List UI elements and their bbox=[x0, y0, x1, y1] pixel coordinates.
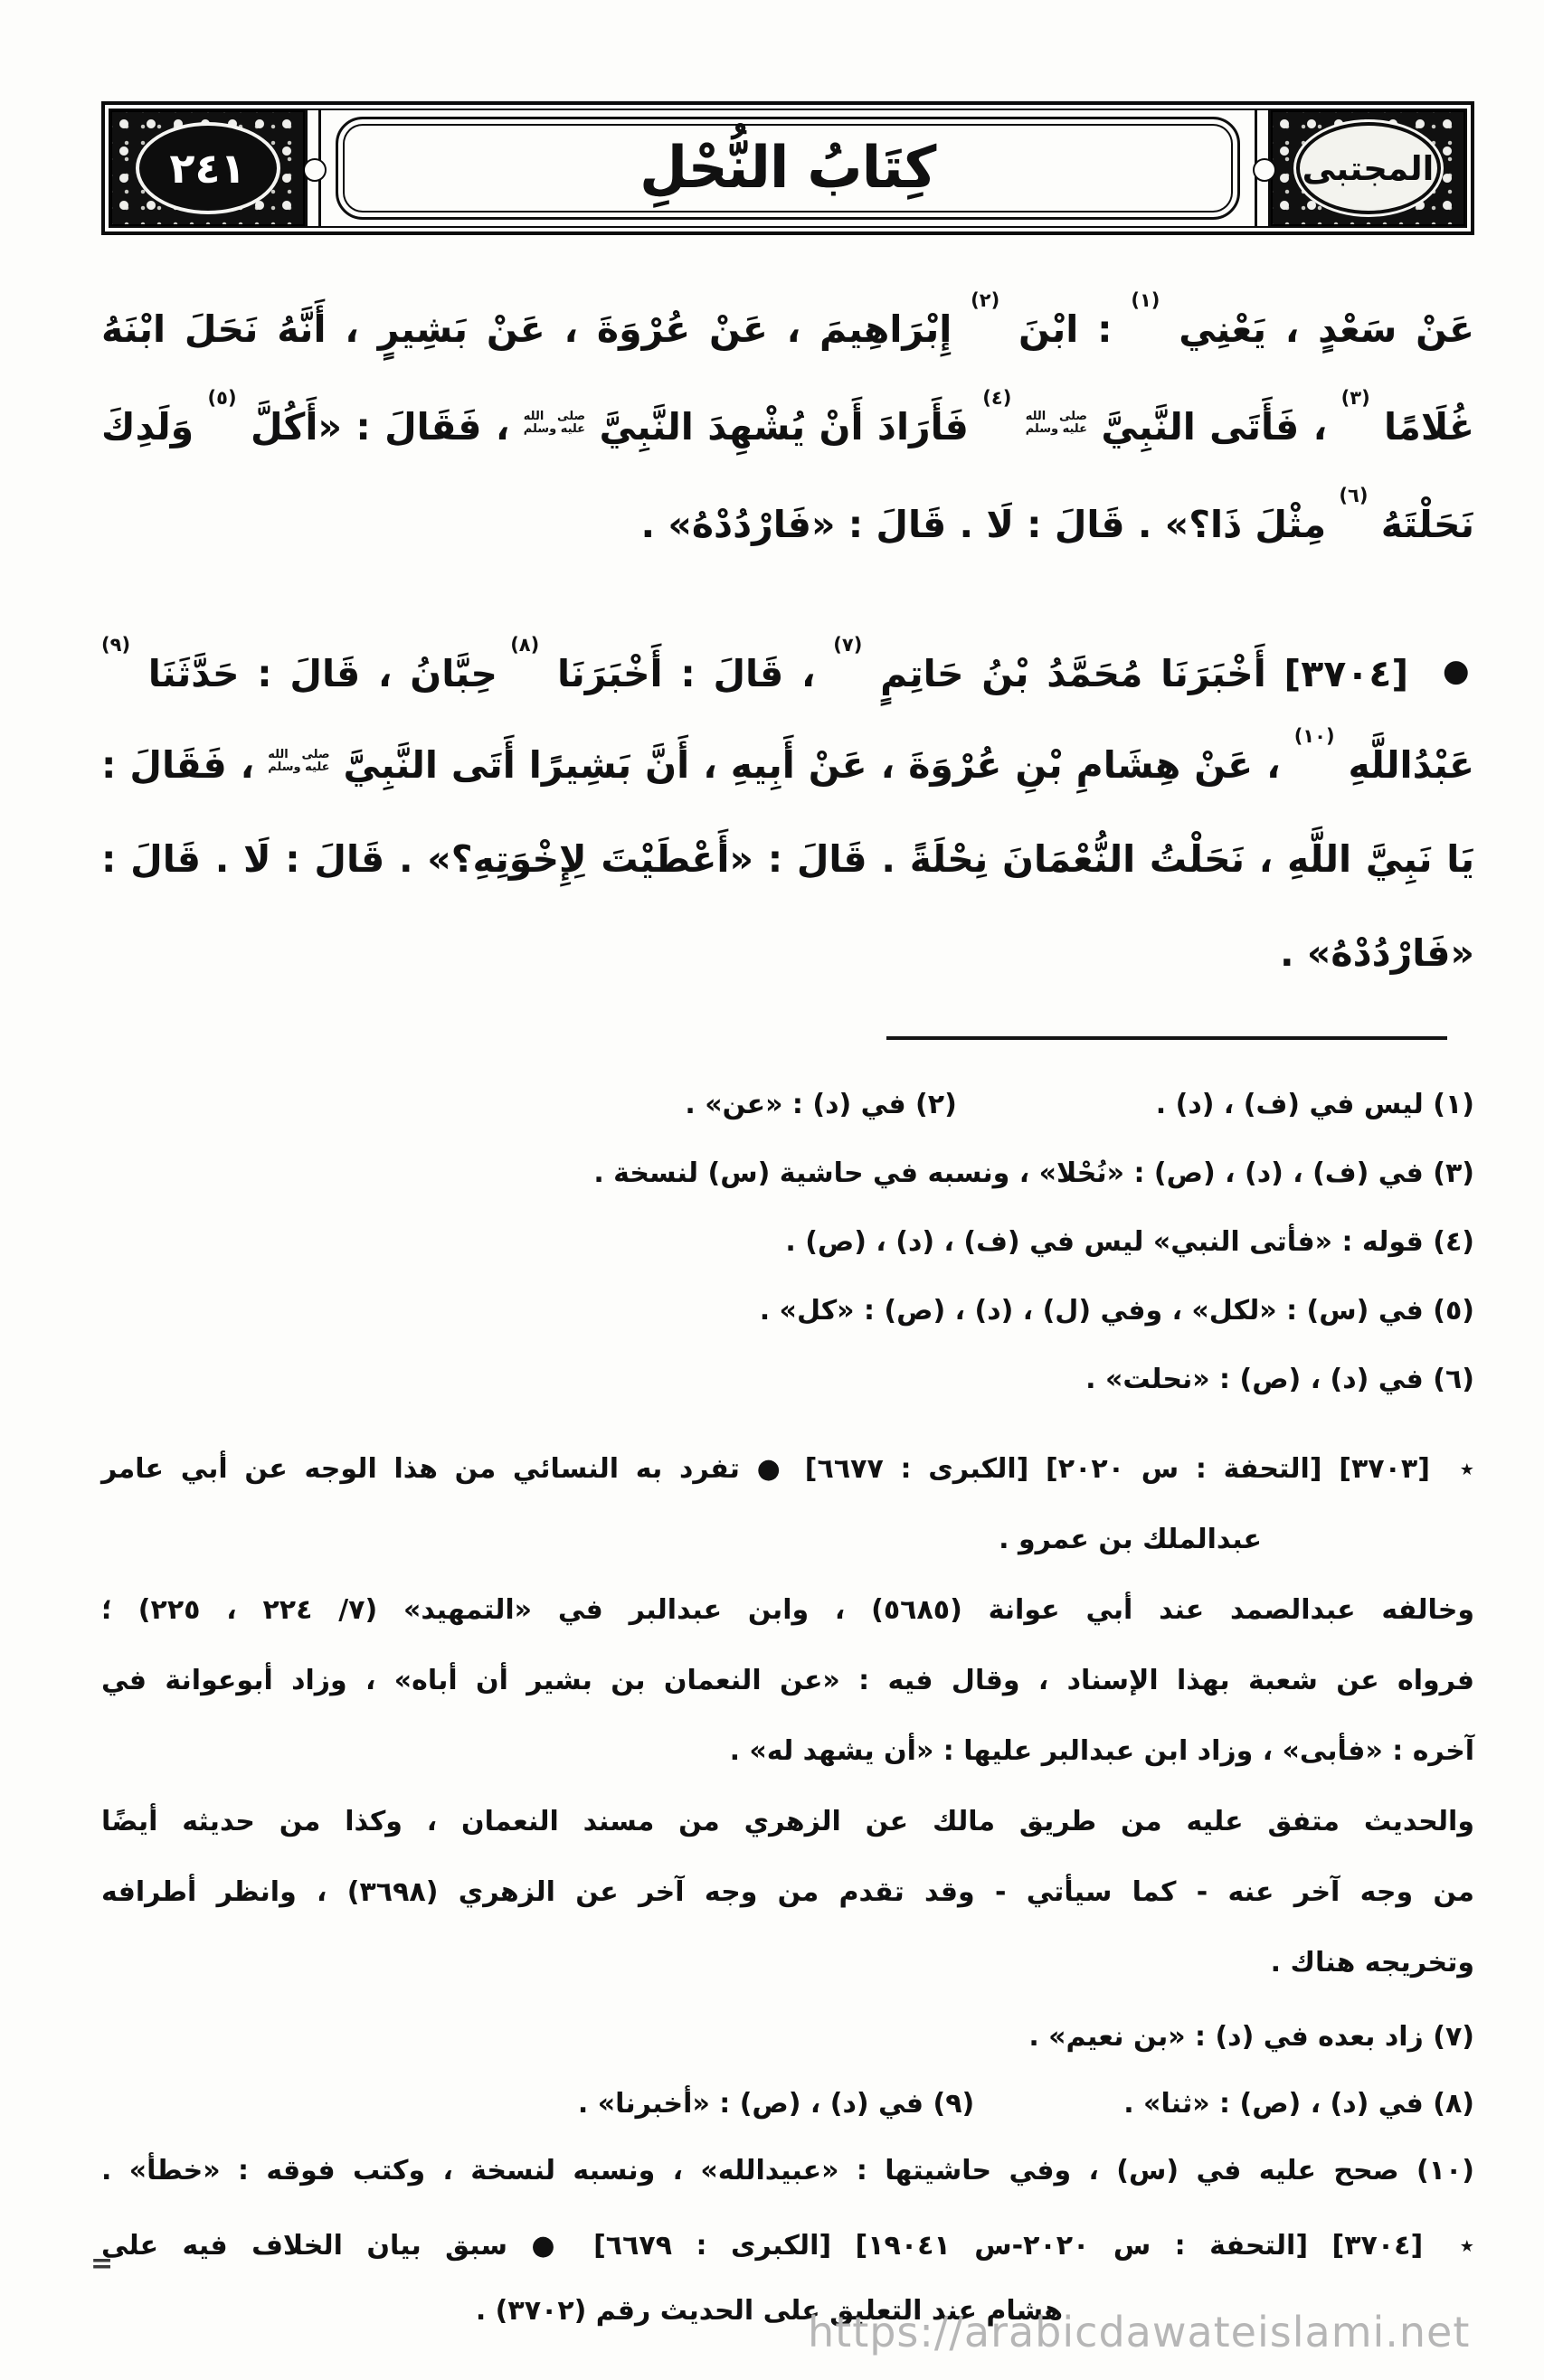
page-number: ٢٤١ bbox=[169, 144, 245, 193]
hadith-line: عَنْ سَعْدٍ ، يَعْنِي (١) : ابْنَ (٢) إِ… bbox=[101, 280, 1474, 378]
footnote-2: (٢) في (د) : «عن» . bbox=[685, 1071, 956, 1139]
takhrij-line-text: [٣٧٠٣] [التحفة : س ٢٠٢٠] [الكبرى : ٦٦٧٧]… bbox=[101, 1453, 1430, 1485]
page-title: كِتَابُ النُّحْلِ bbox=[639, 135, 935, 202]
hadith-line: نَحَلْتَهُ (٦) مِثْلَ ذَا؟» . قَالَ : لَ… bbox=[101, 476, 1474, 573]
footnote-9: (٩) في (د) ، (ص) : «أخبرنا» . bbox=[578, 2071, 974, 2138]
takhrij-line: ٭ [٣٧٠٤] [التحفة : س ٢٠٢٠-س ١٩٠٤١] [الكب… bbox=[101, 2214, 1474, 2279]
footnote-separator-rule bbox=[886, 1036, 1447, 1040]
hadith-body: عَنْ سَعْدٍ ، يَعْنِي (١) : ابْنَ (٢) إِ… bbox=[101, 280, 1474, 1000]
takhrij-line-text: [٣٧٠٤] [التحفة : س ٢٠٢٠-س ١٩٠٤١] [الكبرى… bbox=[101, 2230, 1423, 2262]
hadith-paragraph-continuation: عَنْ سَعْدٍ ، يَعْنِي (١) : ابْنَ (٢) إِ… bbox=[101, 280, 1474, 573]
hadith-line-text: أَخْبَرَنَا مُحَمَّدُ بْنُ حَاتِمٍ (٧) ،… bbox=[101, 652, 1266, 695]
title-cartouche: كِتَابُ النُّحْلِ bbox=[321, 110, 1255, 226]
hadith-number: [٣٧٠٤] bbox=[1284, 652, 1409, 695]
footnote-3: (٣) في (ف) ، (د) ، (ص) : «نُحْلا» ، ونسب… bbox=[101, 1139, 1474, 1208]
takhrij-line: عبدالملك بن عمرو . bbox=[101, 1505, 1474, 1575]
hadith-line: يَا نَبِيَّ اللَّهِ ، نَحَلْتُ النُّعْمَ… bbox=[101, 812, 1474, 906]
takhrij-line: آخره : «فأبى» ، وزاد ابن عبدالبر عليها :… bbox=[101, 1716, 1474, 1787]
footnote-6: (٦) في (د) ، (ص) : «نحلت» . bbox=[101, 1346, 1474, 1414]
continuation-mark: = bbox=[90, 2248, 113, 2280]
page-number-medallion: ٢٤١ bbox=[136, 122, 280, 214]
header-ornament-left: ٢٤١ bbox=[110, 110, 305, 226]
header-ornament-right: المجتبى bbox=[1271, 110, 1465, 226]
hadith-paragraph-3704: ● [٣٧٠٤] أَخْبَرَنَا مُحَمَّدُ بْنُ حَات… bbox=[101, 624, 1474, 1000]
footnote-row: (١) ليس في (ف) ، (د) . (٢) في (د) : «عن»… bbox=[101, 1071, 1474, 1139]
site-watermark: https://arabicdawateislami.net bbox=[808, 2308, 1470, 2356]
saw-ligature-icon: صلى اللهعليه وسلم bbox=[268, 749, 329, 775]
footnotes-top: (١) ليس في (ف) ، (د) . (٢) في (د) : «عن»… bbox=[101, 1071, 1474, 1414]
takhrij-3703: ٭ [٣٧٠٣] [التحفة : س ٢٠٢٠] [الكبرى : ٦٦٧… bbox=[101, 1434, 1474, 1998]
header-banner-frame: المجتبى كِتَابُ النُّحْلِ ٢٤١ bbox=[109, 109, 1467, 228]
takhrij-line: فرواه عن شعبة بهذا الإسناد ، وقال فيه : … bbox=[101, 1646, 1474, 1716]
asterisk-star-icon: ٭ bbox=[1460, 2230, 1474, 2262]
saw-ligature-icon: صلى اللهعليه وسلم bbox=[1026, 411, 1087, 437]
footnote-10: (١٠) صحح عليه في (س) ، وفي حاشيتها : «عب… bbox=[101, 2138, 1474, 2205]
footnote-7: (٧) زاد بعده في (د) : «بن نعيم» . bbox=[101, 2004, 1474, 2071]
saw-ligature-icon: صلى اللهعليه وسلم bbox=[524, 411, 585, 437]
hadith-line: ● [٣٧٠٤] أَخْبَرَنَا مُحَمَّدُ بْنُ حَات… bbox=[101, 624, 1474, 718]
takhrij-line: ٭ [٣٧٠٣] [التحفة : س ٢٠٢٠] [الكبرى : ٦٦٧… bbox=[101, 1434, 1474, 1505]
header-divider-right bbox=[1255, 110, 1271, 226]
takhrij-line: وخالفه عبدالصمد عند أبي عوانة (٥٦٨٥) ، و… bbox=[101, 1575, 1474, 1646]
asterisk-star-icon: ٭ bbox=[1460, 1453, 1474, 1485]
takhrij-line: وتخريجه هناك . bbox=[101, 1928, 1474, 1998]
title-frame: كِتَابُ النُّحْلِ bbox=[336, 117, 1240, 220]
footnote-1: (١) ليس في (ف) ، (د) . bbox=[1156, 1071, 1474, 1139]
takhrij-line: والحديث متفق عليه من طريق مالك عن الزهري… bbox=[101, 1787, 1474, 1857]
footnotes-bottom: (٧) زاد بعده في (د) : «بن نعيم» . (٨) في… bbox=[101, 2004, 1474, 2205]
footnote-8: (٨) في (د) ، (ص) : «ثنا» . bbox=[1123, 2071, 1474, 2138]
hadith-bullet-icon: ● bbox=[1443, 653, 1474, 689]
footnote-5: (٥) في (س) : «لكل» ، وفي (ل) ، (د) ، (ص)… bbox=[101, 1277, 1474, 1346]
header-divider-left bbox=[305, 110, 321, 226]
hadith-line: غُلَامًا (٣) ، فَأَتَى النَّبِيَّ صلى ال… bbox=[101, 378, 1474, 476]
series-title: المجتبى bbox=[1302, 149, 1435, 188]
hadith-line: «فَارْدُدْهُ» . bbox=[101, 906, 1474, 1000]
hadith-line: عَبْدُاللَّهِ (١٠) ، عَنْ هِشَامِ بْنِ ع… bbox=[101, 718, 1474, 812]
header-banner: المجتبى كِتَابُ النُّحْلِ ٢٤١ bbox=[101, 101, 1474, 235]
footnote-4: (٤) قوله : «فأتى النبي» ليس في (ف) ، (د)… bbox=[101, 1208, 1474, 1277]
scanned-book-page: المجتبى كِتَابُ النُّحْلِ ٢٤١ bbox=[0, 0, 1544, 2380]
footnote-row: (٨) في (د) ، (ص) : «ثنا» . (٩) في (د) ، … bbox=[101, 2071, 1474, 2138]
series-medallion: المجتبى bbox=[1296, 122, 1441, 214]
takhrij-line: من وجه آخر عنه - كما سيأتي - وقد تقدم من… bbox=[101, 1857, 1474, 1928]
